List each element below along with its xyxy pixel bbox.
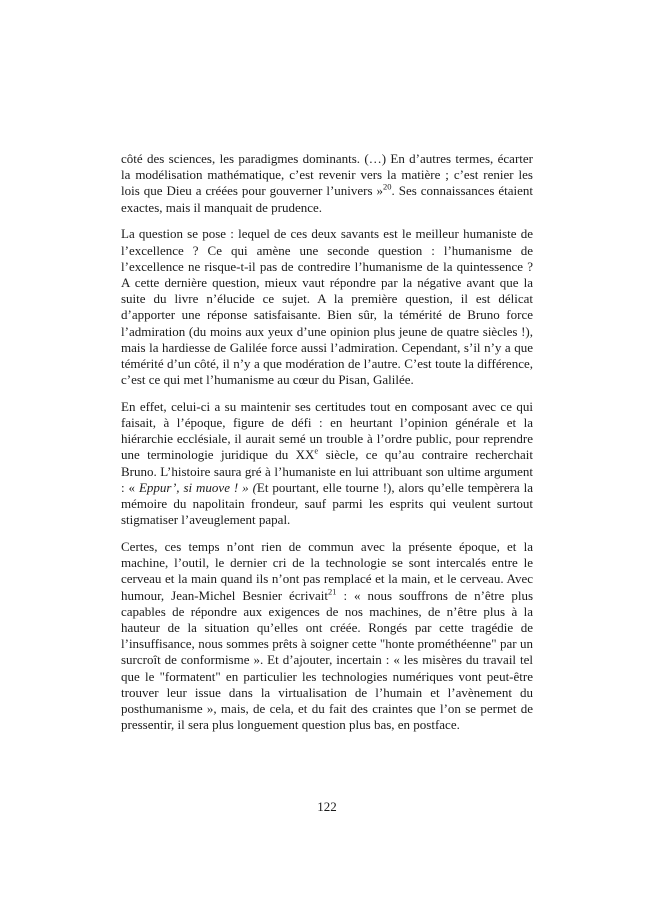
text-block: côté des sciences, les paradigmes domina… <box>121 151 533 744</box>
text-run: La question se pose : lequel de ces deux… <box>121 226 533 387</box>
text-run: : « nous souffrons de n’être plus capabl… <box>121 588 533 733</box>
footnote-reference: 20 <box>383 182 392 192</box>
paragraph: Certes, ces temps n’ont rien de commun a… <box>121 539 533 733</box>
paragraph: La question se pose : lequel de ces deux… <box>121 226 533 388</box>
book-page: côté des sciences, les paradigmes domina… <box>0 0 650 920</box>
italic-quote: Eppur’, si muove ! » ( <box>139 480 257 495</box>
paragraph: En effet, celui-ci a su maintenir ses ce… <box>121 399 533 529</box>
paragraph: côté des sciences, les paradigmes domina… <box>121 151 533 216</box>
footnote-reference: 21 <box>328 586 337 596</box>
page-number: 122 <box>121 799 533 815</box>
